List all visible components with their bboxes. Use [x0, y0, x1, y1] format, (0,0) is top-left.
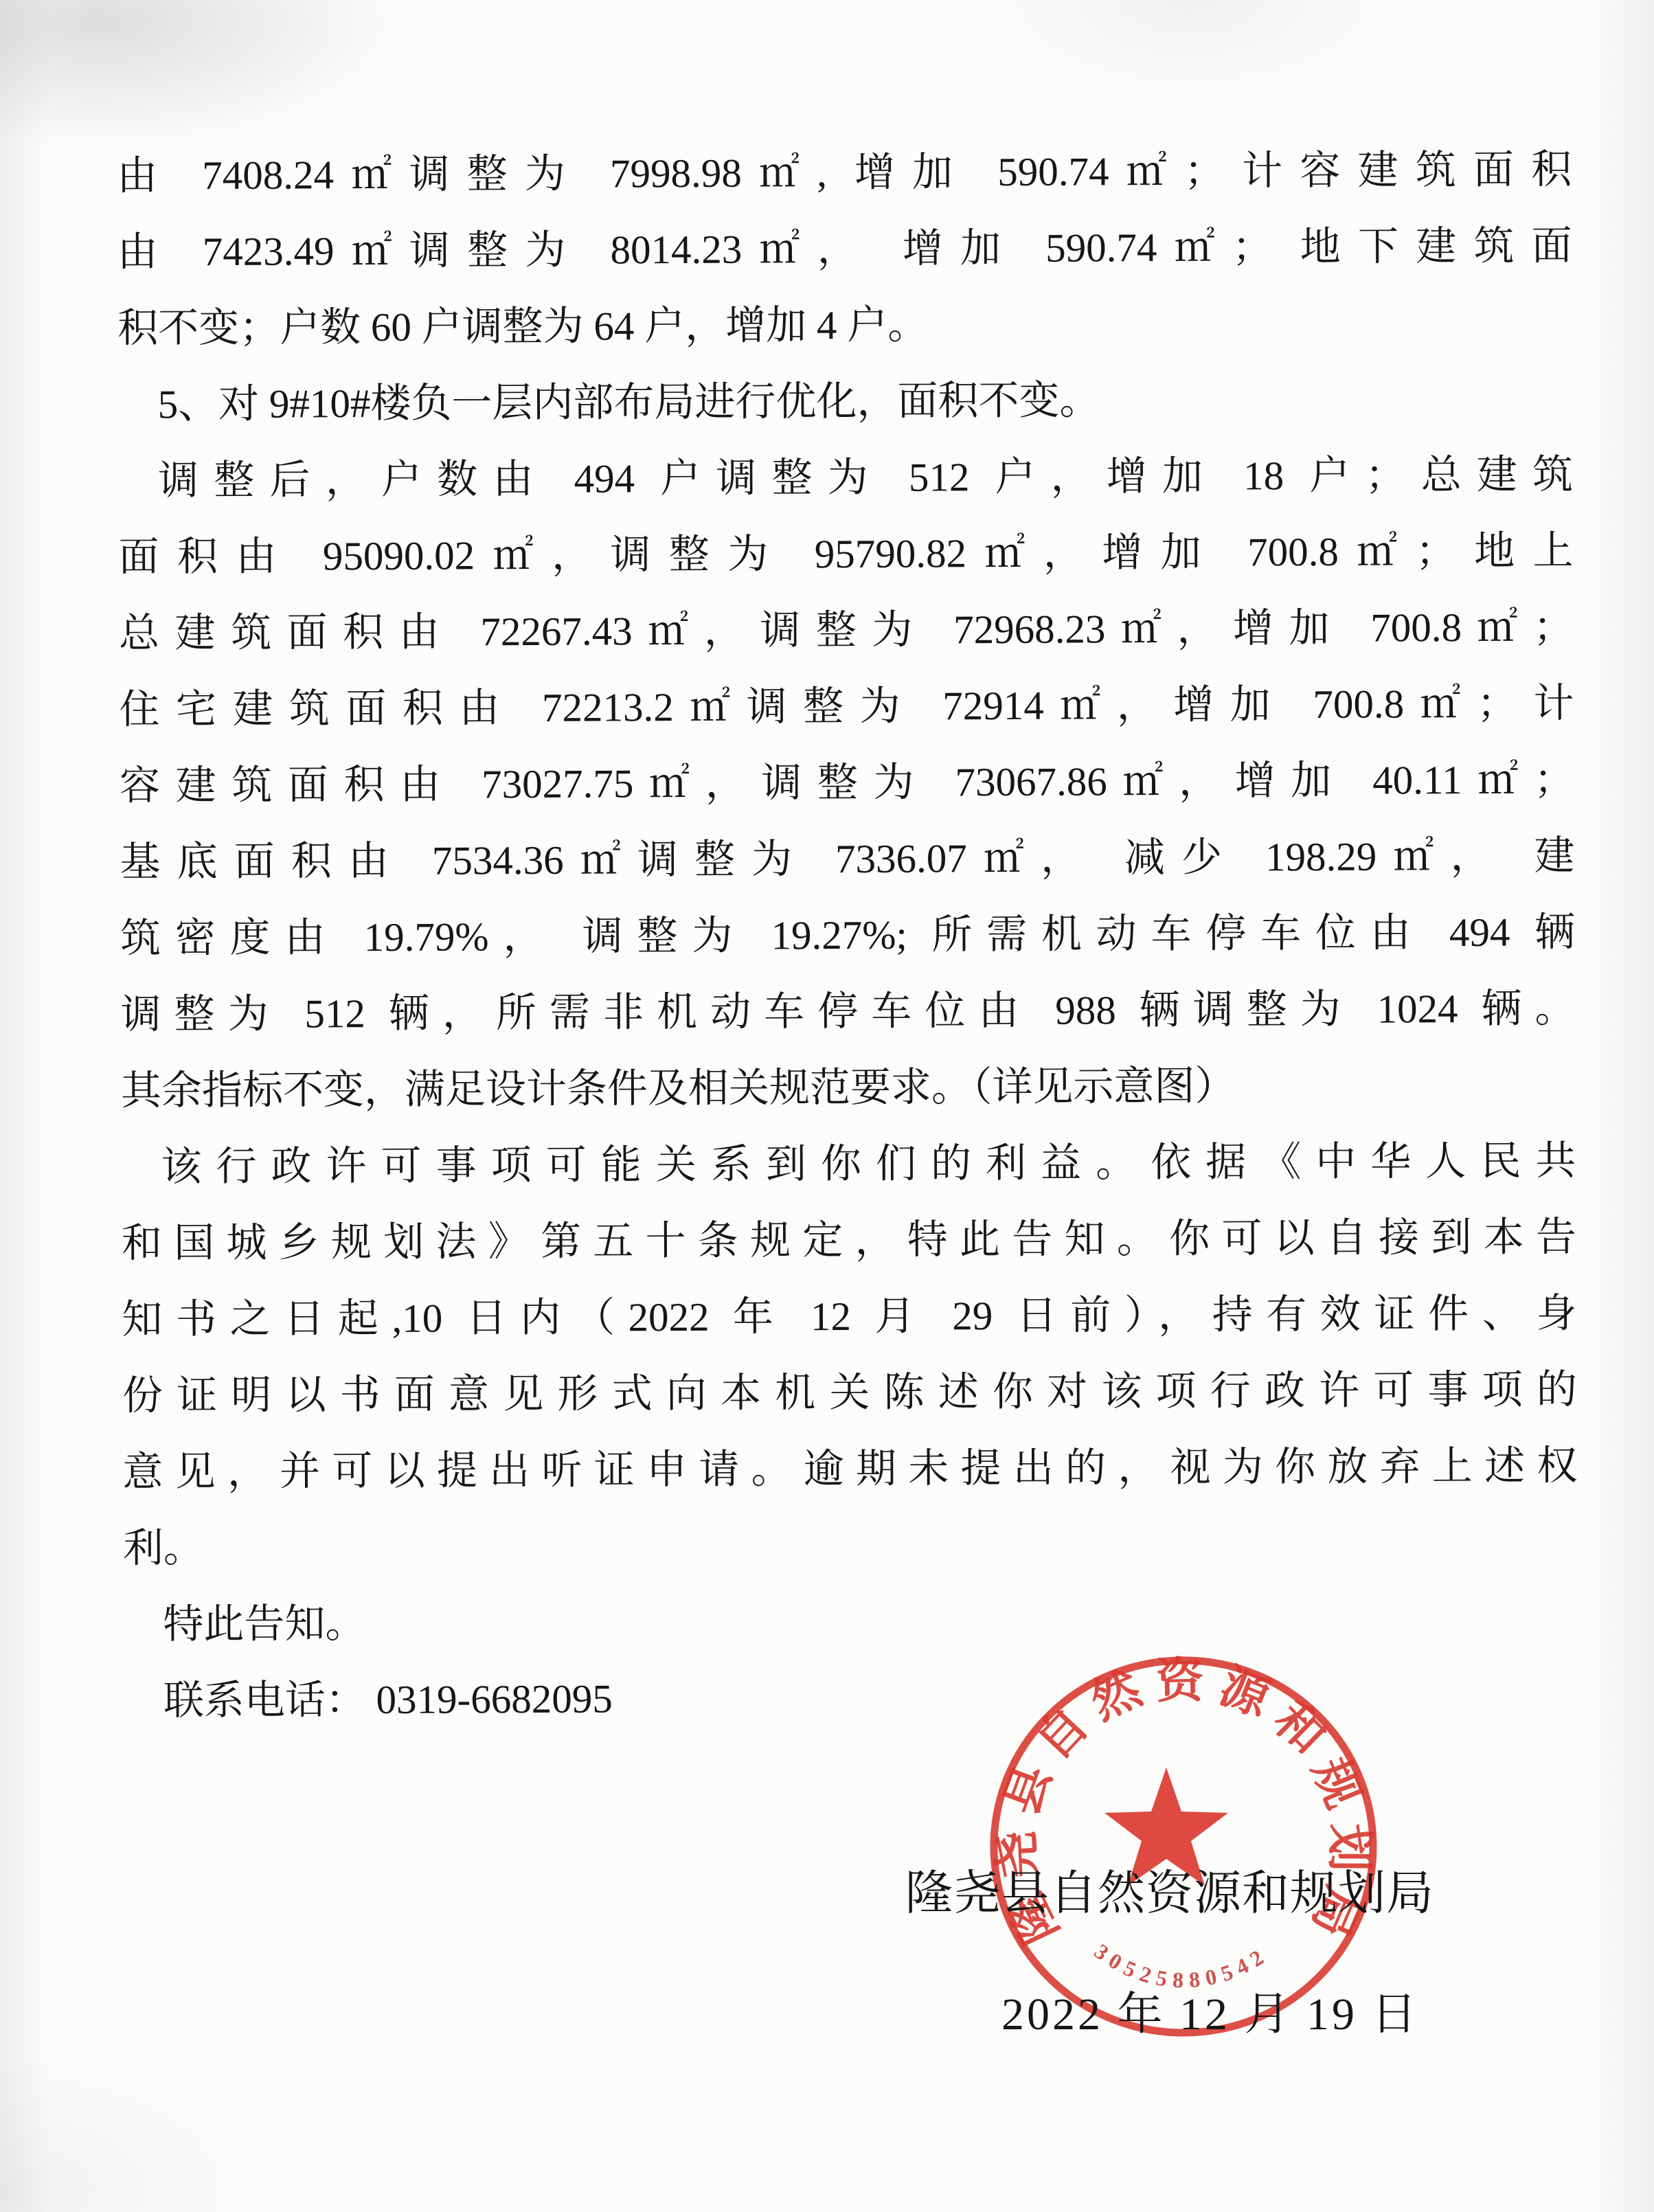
issue-date: 2022 年 12 月 19 日: [1001, 1977, 1420, 2042]
notice-line: 知书之日起,10 日内（2022 年 12 月 29 日前），持有效证件、身: [122, 1275, 1576, 1357]
issuing-agency: 隆尧县自然资源和规划局: [905, 1855, 1434, 1923]
notice-line: 5、对 9#10#楼负一层内部布局进行优化，面积不变。: [117, 360, 1572, 442]
notice-line: 该行政许可事项可能关系到你们的利益。依据《中华人民共: [121, 1122, 1576, 1205]
notice-line: 其余指标不变，满足设计条件及相关规范要求。（详见示意图）: [121, 1046, 1576, 1129]
notice-line: 基底面积由 7534.36㎡调整为 7336.07㎡， 减少 198.29㎡， …: [120, 817, 1574, 900]
notice-line: 总建筑面积由 72267.43㎡，调整为 72968.23㎡，增加 700.8㎡…: [119, 589, 1574, 671]
notice-line: 积不变；户数 60 户调整为 64 户，增加 4 户。: [117, 284, 1572, 366]
notice-line: 调整为 512 辆，所需非机动车停车位由 988 辆调整为 1024 辆。: [120, 970, 1575, 1052]
notice-line: 由 7423.49㎡调整为 8014.23㎡， 增加 590.74㎡； 地下建筑…: [117, 207, 1572, 290]
notice-line: 调整后，户数由 494 户调整为 512 户，增加 18 户；总建筑: [118, 436, 1573, 519]
notice-line: 住宅建筑面积由 72213.2㎡调整为 72914㎡，增加 700.8㎡；计: [119, 665, 1574, 747]
notice-line: 份证明以书面意见形式向本机关陈述你对该项行政许可事项的: [122, 1351, 1577, 1434]
notice-line: 筑密度由 19.79%， 调整为 19.27%; 所需机动车停车位由 494 辆: [120, 894, 1575, 976]
notice-body: 由 7408.24㎡调整为 7998.98㎡, 增加 590.74㎡；计容建筑面…: [117, 131, 1578, 1739]
document-page: 由 7408.24㎡调整为 7998.98㎡, 增加 590.74㎡；计容建筑面…: [0, 0, 1654, 2212]
notice-line: 由 7408.24㎡调整为 7998.98㎡, 增加 590.74㎡；计容建筑面…: [117, 131, 1572, 214]
notice-line: 利。: [123, 1504, 1578, 1586]
notice-line: 面积由 95090.02㎡，调整为 95790.82㎡，增加 700.8㎡；地上: [118, 512, 1573, 595]
notice-line: 容建筑面积由 73027.75㎡，调整为 73067.86㎡，增加 40.11㎡…: [120, 741, 1574, 824]
notice-line: 意见，并可以提出听证申请。逾期未提出的，视为你放弃上述权: [122, 1427, 1577, 1510]
notice-line: 和国城乡规划法》第五十条规定，特此告知。你可以自接到本告: [122, 1199, 1576, 1281]
